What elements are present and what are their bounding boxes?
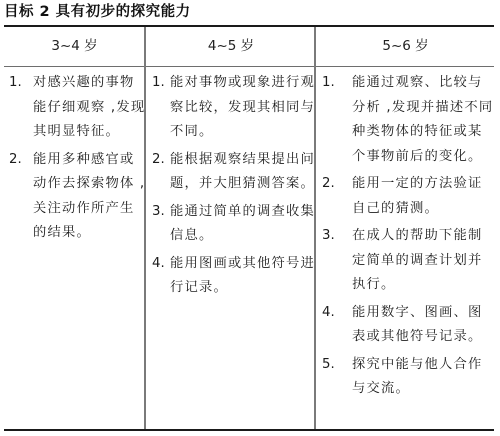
column-age-3-4: 1. 对感兴趣的事物能仔细观察 ,发现其明显特征。 2. 能用多种感官或动作去探…	[6, 69, 146, 249]
item-text: 能用一定的方法验证自己的猜测。	[352, 172, 494, 221]
item-text: 探究中能与他人合作与交流。	[352, 353, 494, 402]
header-age-5-6: 5~6 岁	[317, 27, 494, 65]
item-text: 能通过观察、比较与分析 ,发现并描述不同种类物体的特征或某个事物前后的变化。	[352, 71, 494, 169]
item-number: 1.	[149, 71, 170, 145]
item-text: 能对事物或现象进行观察比较，发现其相同与不同。	[170, 71, 315, 145]
item-number: 2.	[149, 148, 170, 197]
item-number: 4.	[149, 252, 170, 301]
item-text: 能通过简单的调查收集信息。	[170, 200, 315, 249]
goals-table: 3~4 岁 4~5 岁 5~6 岁 1. 对感兴趣的事物能仔细观察 ,发现其明显…	[4, 25, 494, 431]
item-text: 能根据观察结果提出问题，并大胆猜测答案。	[170, 148, 315, 197]
list-item: 4. 能用数字、图画、图表或其他符号记录。	[318, 301, 494, 350]
list-item: 3. 能通过简单的调查收集信息。	[149, 200, 315, 249]
header-age-3-4: 3~4 岁	[4, 27, 145, 65]
section-title: 目标 2 具有初步的探究能力	[4, 2, 191, 22]
list-item: 4. 能用图画或其他符号进行记录。	[149, 252, 315, 301]
item-text: 在成人的帮助下能制定简单的调查计划并执行。	[352, 224, 494, 298]
item-text: 能用数字、图画、图表或其他符号记录。	[352, 301, 494, 350]
header-age-4-5: 4~5 岁	[147, 27, 315, 65]
table-header-row: 3~4 岁 4~5 岁 5~6 岁	[4, 27, 494, 67]
list-item: 2. 能根据观察结果提出问题，并大胆猜测答案。	[149, 148, 315, 197]
column-age-4-5: 1. 能对事物或现象进行观察比较，发现其相同与不同。 2. 能根据观察结果提出问…	[149, 69, 315, 304]
item-number: 3.	[318, 224, 352, 298]
item-number: 1.	[6, 71, 33, 145]
item-number: 2.	[6, 148, 33, 246]
item-number: 3.	[149, 200, 170, 249]
item-number: 1.	[318, 71, 352, 169]
item-number: 4.	[318, 301, 352, 350]
column-age-5-6: 1. 能通过观察、比较与分析 ,发现并描述不同种类物体的特征或某个事物前后的变化…	[318, 69, 494, 405]
item-text: 对感兴趣的事物能仔细观察 ,发现其明显特征。	[33, 71, 146, 145]
list-item: 5. 探究中能与他人合作与交流。	[318, 353, 494, 402]
list-item: 2. 能用一定的方法验证自己的猜测。	[318, 172, 494, 221]
list-item: 2. 能用多种感官或动作去探索物体 ,关注动作所产生的结果。	[6, 148, 146, 246]
item-text: 能用多种感官或动作去探索物体 ,关注动作所产生的结果。	[33, 148, 146, 246]
list-item: 1. 能通过观察、比较与分析 ,发现并描述不同种类物体的特征或某个事物前后的变化…	[318, 71, 494, 169]
item-text: 能用图画或其他符号进行记录。	[170, 252, 315, 301]
list-item: 1. 能对事物或现象进行观察比较，发现其相同与不同。	[149, 71, 315, 145]
list-item: 1. 对感兴趣的事物能仔细观察 ,发现其明显特征。	[6, 71, 146, 145]
list-item: 3. 在成人的帮助下能制定简单的调查计划并执行。	[318, 224, 494, 298]
item-number: 5.	[318, 353, 352, 402]
item-number: 2.	[318, 172, 352, 221]
